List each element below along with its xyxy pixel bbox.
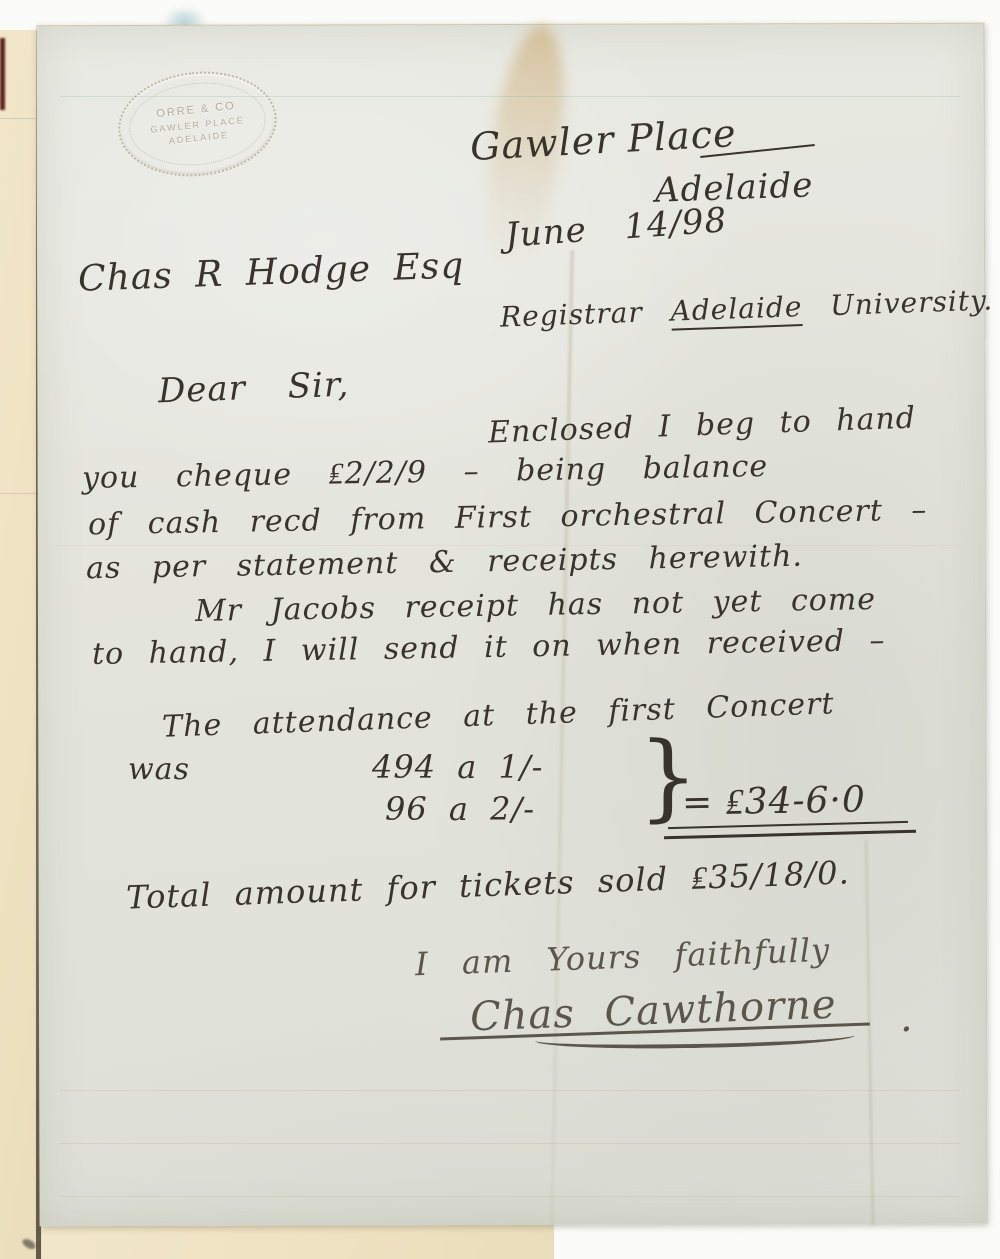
attendance-figures-1: 494 a 1/- <box>372 748 543 786</box>
backing-page-bottom <box>42 1221 554 1259</box>
attendance-was: was <box>128 752 190 787</box>
recipient-title-adelaide: Adelaide <box>670 290 803 331</box>
recipient-title-registrar: Registrar <box>500 296 644 334</box>
backing-rule-line <box>0 493 40 494</box>
salutation: Dear Sir, <box>157 365 349 412</box>
attendance-figures-2: 96 a 2/- <box>385 790 535 828</box>
signature-period: . <box>900 995 914 1041</box>
paper-rule-line <box>60 1090 960 1091</box>
binding-edge-fragment <box>0 38 5 110</box>
attendance-subtotal: = ₤34-6·0 <box>682 778 867 823</box>
paper-rule-line <box>60 1196 960 1197</box>
paper-rule-line <box>60 1143 960 1144</box>
backing-rule-line <box>0 118 40 119</box>
recipient-title-university: University. <box>830 283 994 322</box>
